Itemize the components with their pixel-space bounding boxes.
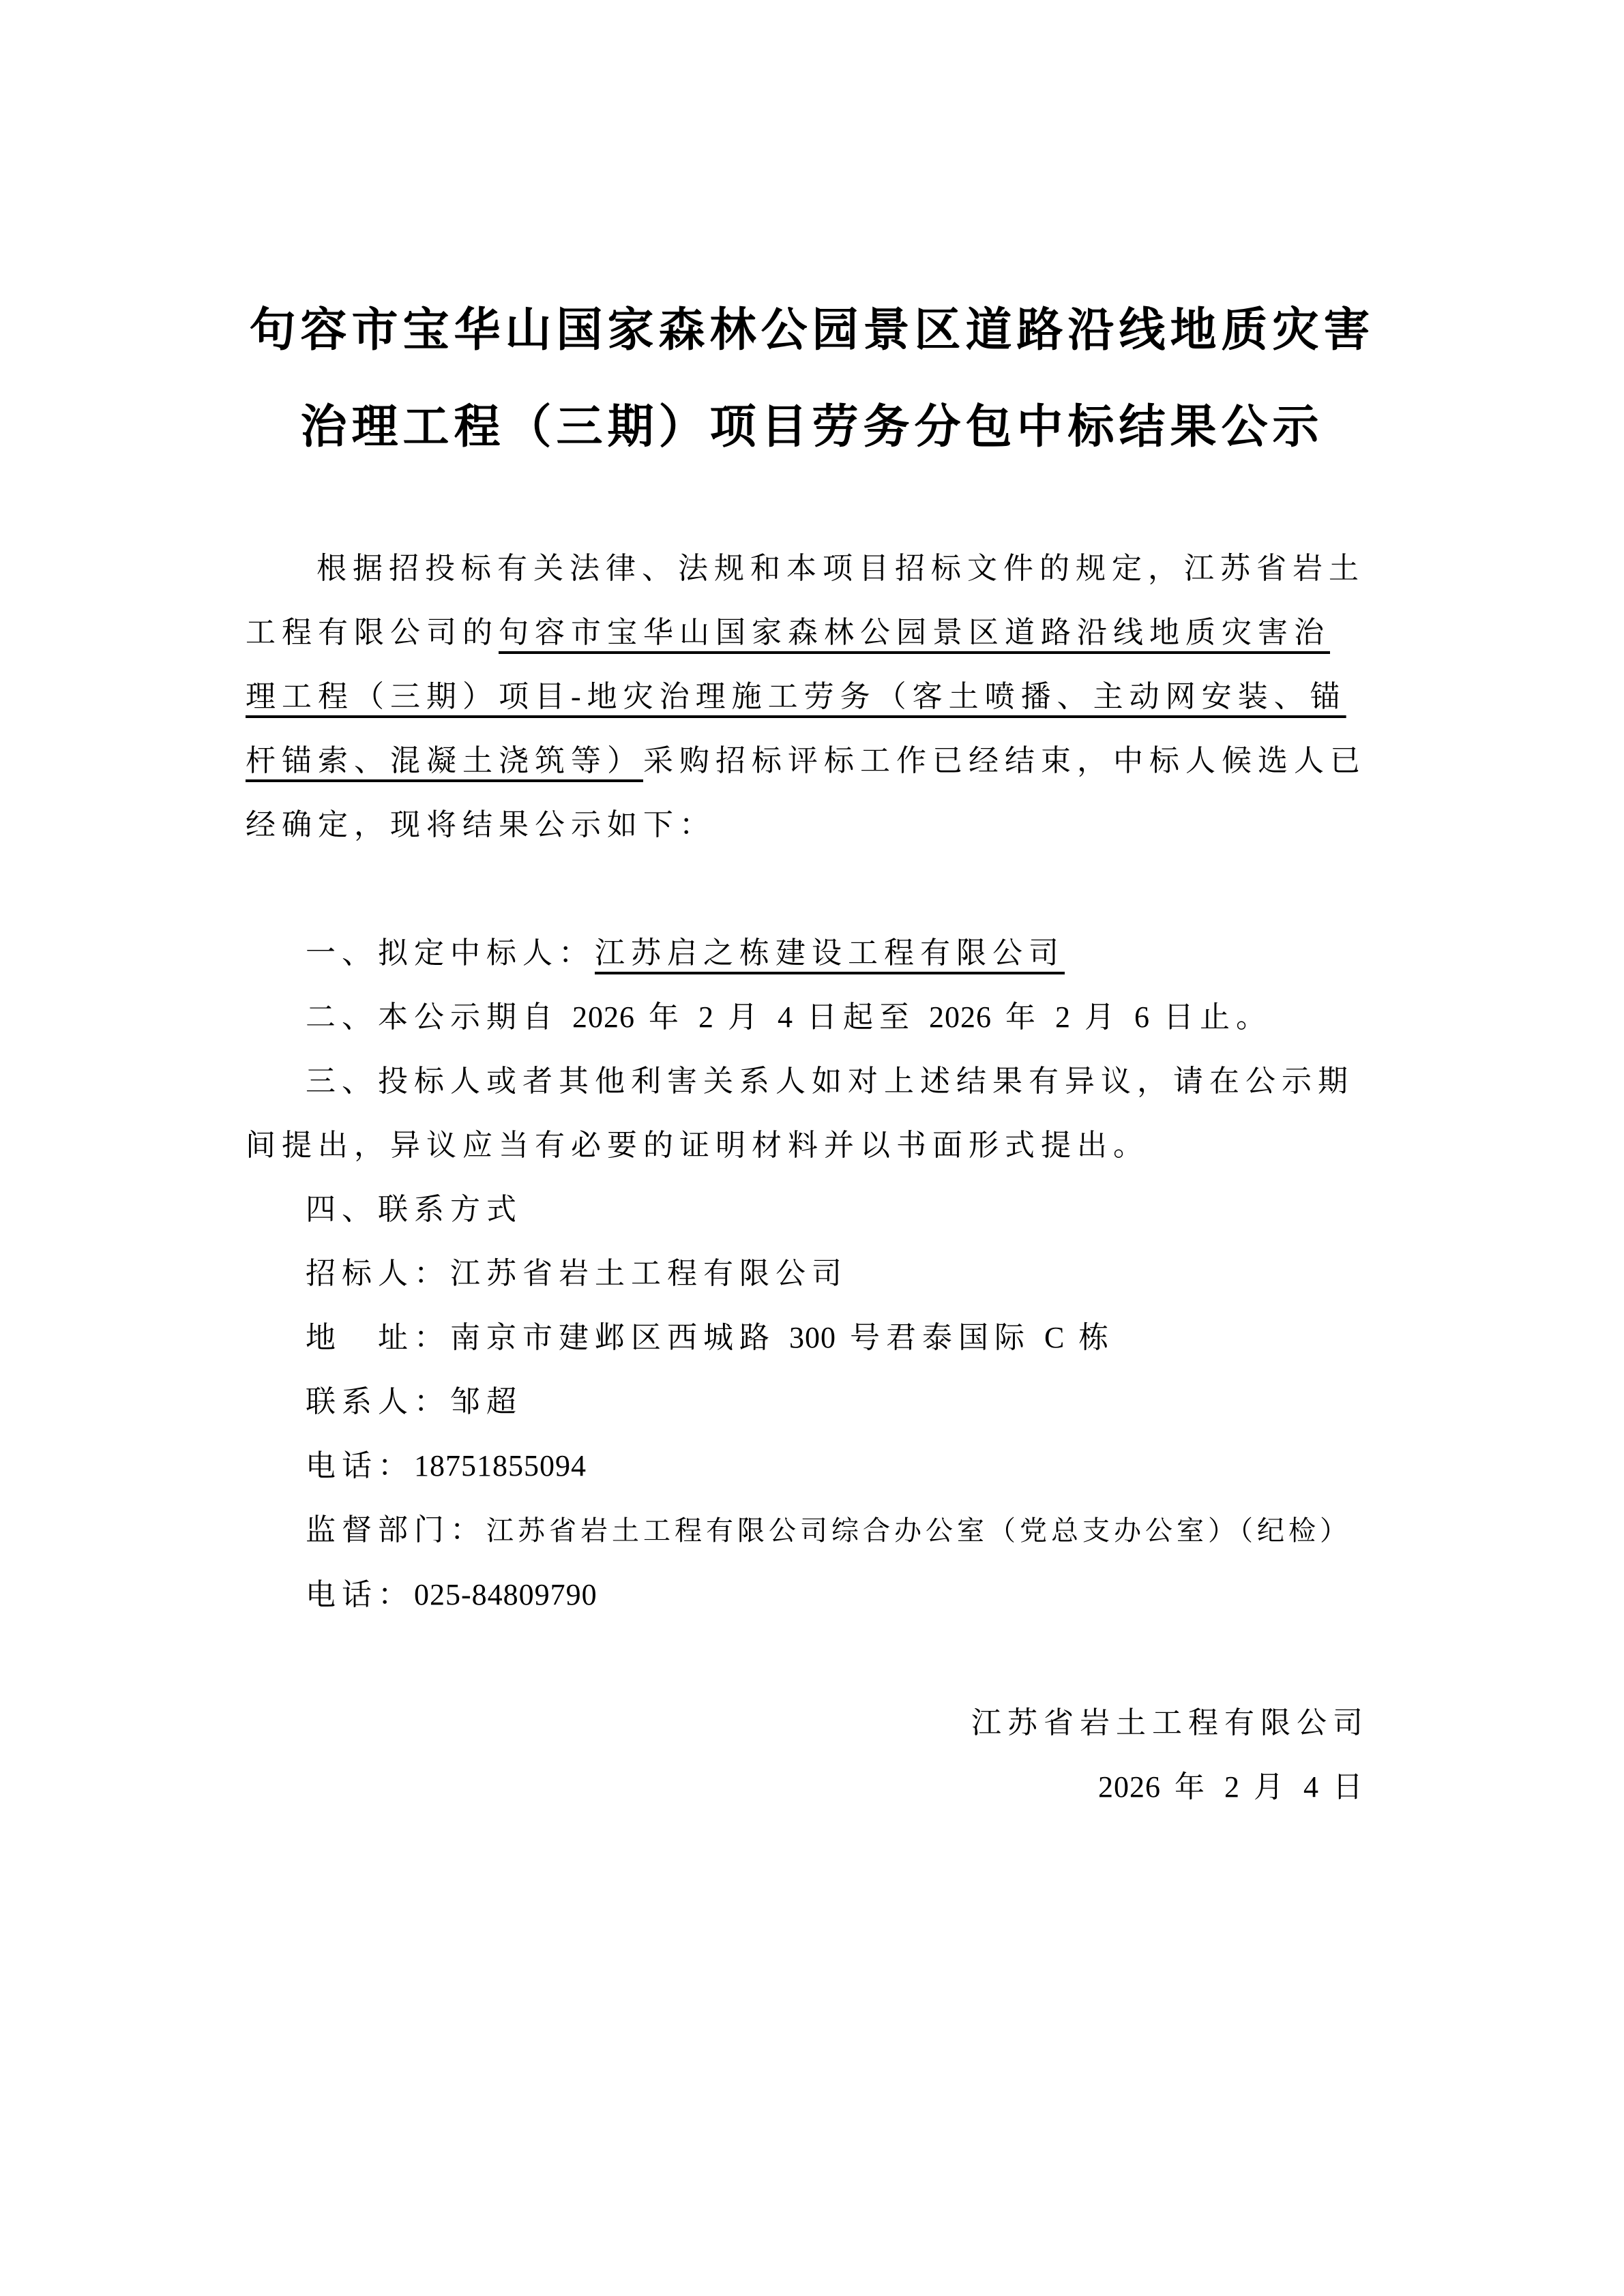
para-intro-line-1: 根据招投标有关法律、法规和本项目招标文件的规定，江苏省岩土	[246, 537, 1378, 601]
text-run: 采购招标评标工作已经结束，中标人候选人已	[643, 744, 1366, 777]
document-title: 句容市宝华山国家森林公园景区道路沿线地质灾害 治理工程（三期）项目劳务分包中标结…	[246, 282, 1378, 475]
text-run: 年	[1161, 1770, 1224, 1804]
text-run: 月	[714, 1000, 778, 1034]
text-run: 6	[1134, 1000, 1150, 1034]
text-run: 年	[992, 1000, 1055, 1034]
title-line-1: 句容市宝华山国家森林公园景区道路沿线地质灾害	[246, 282, 1378, 378]
text-run: 号君泰国际	[836, 1321, 1044, 1354]
text-run: 联系人：邹超	[306, 1385, 522, 1418]
text-run: 4	[1303, 1770, 1319, 1804]
title-line-2: 治理工程（三期）项目劳务分包中标结果公示	[246, 378, 1378, 475]
underlined-text: 杆锚索、混凝土浇筑等）	[246, 744, 643, 777]
text-run: 三、投标人或者其他利害关系人如对上述结果有异议，请在公示期	[306, 1064, 1354, 1098]
text-run: 江苏省岩土工程有限公司综合办公室（党总支办公室）（纪检）	[486, 1515, 1351, 1546]
text-run: 栋	[1065, 1321, 1114, 1354]
item-4-contact-heading: 四、联系方式	[246, 1178, 1378, 1242]
text-run: 日	[1319, 1770, 1369, 1804]
document-body: 根据招投标有关法律、法规和本项目招标文件的规定，江苏省岩土工程有限公司的句容市宝…	[246, 537, 1378, 1819]
text-run: 四、联系方式	[306, 1193, 522, 1226]
signature-company: 江苏省岩土工程有限公司	[246, 1691, 1378, 1755]
text-run: 月	[1240, 1770, 1303, 1804]
text-run: 2026	[572, 1000, 635, 1034]
underlined-text: 理工程（三期）项目-地灾治理施工劳务（客土喷播、主动网安装、锚	[246, 680, 1346, 713]
para-intro-line-2: 工程有限公司的句容市宝华山国家森林公园景区道路沿线地质灾害治	[246, 601, 1378, 665]
text-run: 4	[778, 1000, 793, 1034]
item-2-publicity-period: 二、本公示期自 2026 年 2 月 4 日起至 2026 年 2 月 6 日止…	[246, 985, 1378, 1049]
item-3-objection-line-1: 三、投标人或者其他利害关系人如对上述结果有异议，请在公示期	[246, 1049, 1378, 1114]
contact-phone: 电话：18751855094	[246, 1434, 1378, 1498]
text-run: 工程有限公司的	[246, 616, 499, 649]
text-run: 2026	[929, 1000, 992, 1034]
text-run: 二、本公示期自	[306, 1000, 572, 1034]
text-run: 江苏省岩土工程有限公司	[971, 1706, 1369, 1740]
text-run: 监督部门：	[306, 1513, 486, 1547]
item-1-proposed-winner: 一、拟定中标人：江苏启之栋建设工程有限公司	[246, 921, 1378, 985]
signature-date: 2026 年 2 月 4 日	[246, 1755, 1378, 1819]
supervision-department: 监督部门：江苏省岩土工程有限公司综合办公室（党总支办公室）（纪检）	[246, 1498, 1378, 1563]
item-3-objection-line-2: 间提出，异议应当有必要的证明材料并以书面形式提出。	[246, 1114, 1378, 1178]
text-run: 2	[1055, 1000, 1071, 1034]
text-run: 300	[789, 1321, 836, 1354]
text-run: 招标人：江苏省岩土工程有限公司	[306, 1257, 848, 1290]
text-run: 18751855094	[414, 1449, 587, 1482]
text-run: 2	[698, 1000, 714, 1034]
text-run: 一、拟定中标人：	[306, 936, 595, 970]
underlined-text: 句容市宝华山国家森林公园景区道路沿线地质灾害治	[499, 616, 1330, 649]
text-run: 2026	[1098, 1770, 1161, 1804]
text-run: 日止。	[1150, 1000, 1272, 1034]
text-run: C	[1044, 1321, 1065, 1354]
contact-address: 地 址：南京市建邺区西城路 300 号君泰国际 C 栋	[246, 1306, 1378, 1370]
text-run: 经确定，现将结果公示如下：	[246, 808, 715, 841]
text-run: 地 址：南京市建邺区西城路	[306, 1321, 789, 1354]
text-run: 间提出，异议应当有必要的证明材料并以书面形式提出。	[246, 1129, 1149, 1162]
para-intro-line-4: 杆锚索、混凝土浇筑等）采购招标评标工作已经结束，中标人候选人已	[246, 729, 1378, 793]
contact-tenderer: 招标人：江苏省岩土工程有限公司	[246, 1242, 1378, 1306]
text-run: 根据招投标有关法律、法规和本项目招标文件的规定，江苏省岩土	[316, 552, 1365, 585]
text-run: 日起至	[793, 1000, 929, 1034]
text-run: 电话：	[306, 1449, 414, 1482]
text-run: 电话：	[306, 1578, 414, 1611]
underlined-text: 江苏启之栋建设工程有限公司	[595, 936, 1065, 970]
supervision-phone: 电话：025-84809790	[246, 1563, 1378, 1627]
spacer-line	[246, 1627, 1378, 1691]
text-run: 月	[1071, 1000, 1134, 1034]
para-intro-line-5: 经确定，现将结果公示如下：	[246, 793, 1378, 857]
contact-person: 联系人：邹超	[246, 1370, 1378, 1434]
document-page: 句容市宝华山国家森林公园景区道路沿线地质灾害 治理工程（三期）项目劳务分包中标结…	[0, 0, 1624, 2296]
text-run: 025-84809790	[414, 1578, 597, 1611]
text-run: 年	[635, 1000, 698, 1034]
spacer-line	[246, 857, 1378, 921]
text-run: 2	[1224, 1770, 1240, 1804]
para-intro-line-3: 理工程（三期）项目-地灾治理施工劳务（客土喷播、主动网安装、锚	[246, 665, 1378, 729]
